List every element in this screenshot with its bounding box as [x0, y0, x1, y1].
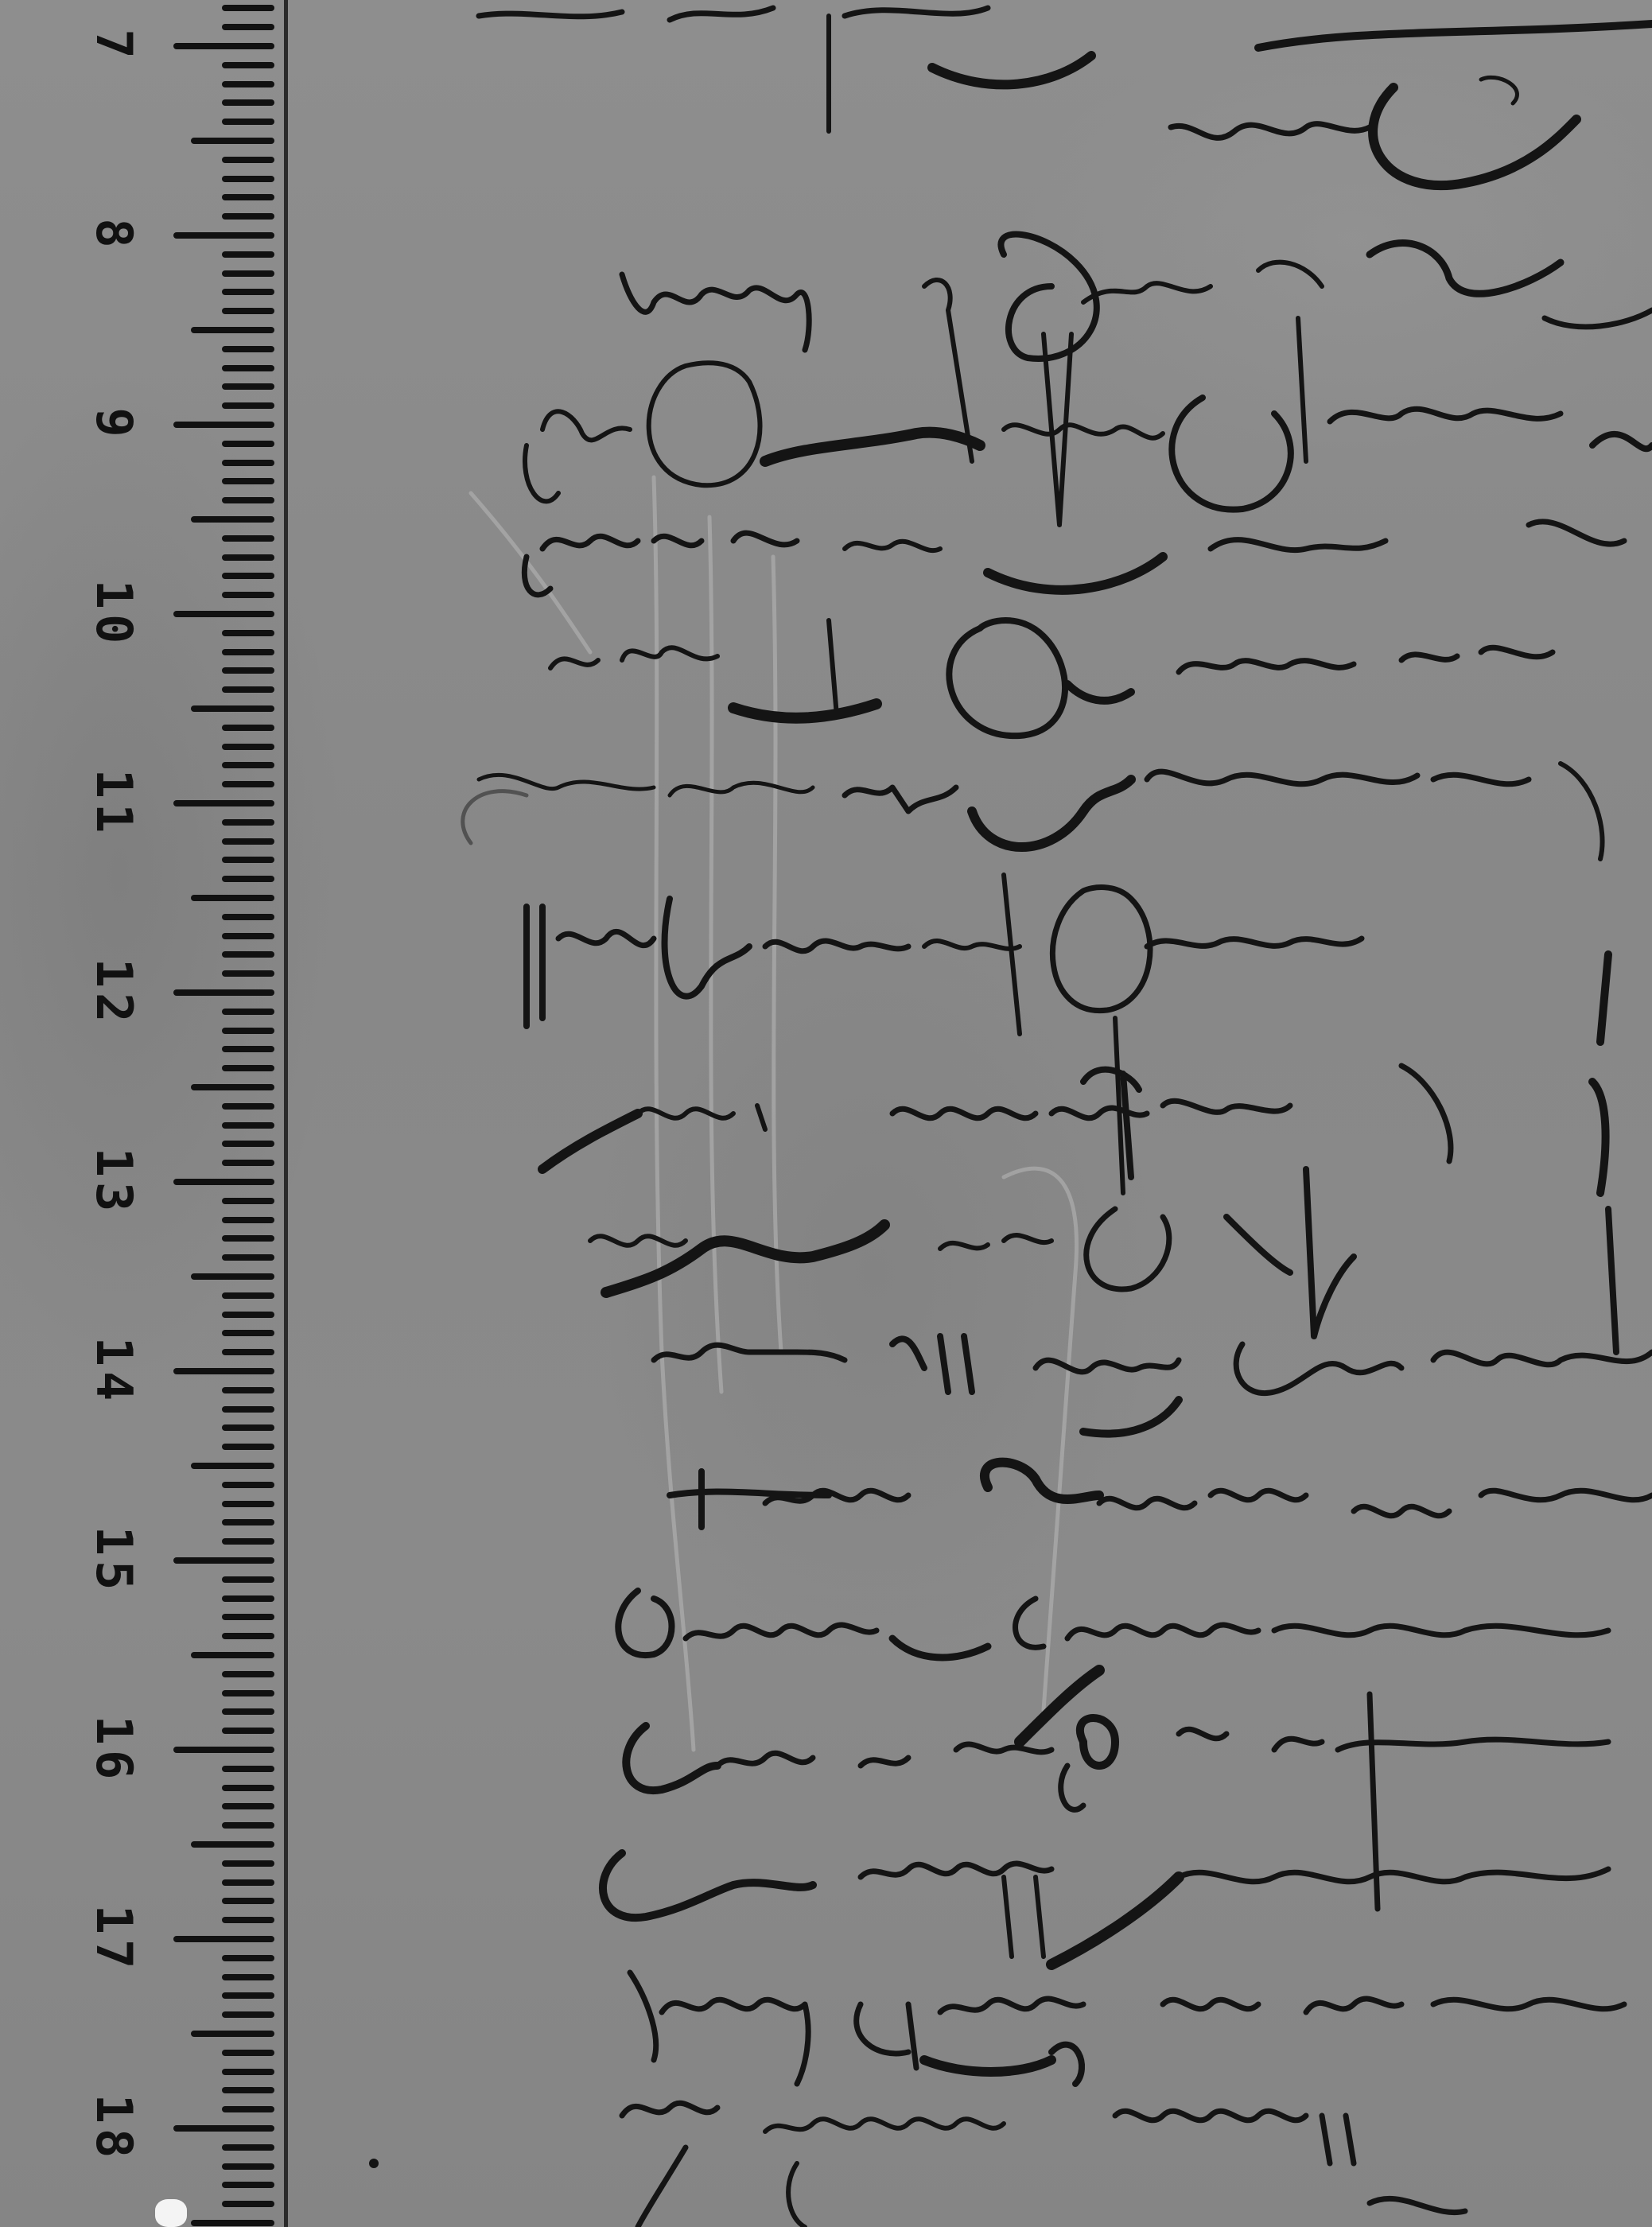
ruler-mm-tick — [222, 933, 274, 939]
ruler-label-11: 11 — [90, 760, 138, 847]
ruler-half-cm-tick — [191, 327, 274, 333]
ruler-mm-tick — [222, 1141, 274, 1147]
ruler-mm-tick — [222, 781, 274, 787]
ruler-mm-tick — [222, 460, 274, 466]
ruler-mm-tick — [222, 1122, 274, 1129]
ruler-mm-tick — [222, 744, 274, 750]
ruler-mm-tick — [222, 1633, 274, 1639]
ruler-cm-tick — [173, 1557, 274, 1564]
ruler-mm-tick — [222, 2144, 274, 2151]
ruler-mm-tick — [222, 1501, 274, 1507]
ruler-mm-tick — [222, 383, 274, 390]
ruler-half-cm-tick — [191, 1841, 274, 1848]
ruler-mm-tick — [222, 1708, 274, 1715]
ruler-mm-tick — [222, 1387, 274, 1393]
ruler-half-cm-tick — [191, 1084, 274, 1090]
ruler-mm-tick — [222, 630, 274, 636]
ruler-mm-tick — [222, 62, 274, 68]
ruler-mm-tick — [222, 1198, 274, 1204]
ruler-mm-tick — [222, 402, 274, 409]
ruler-mm-tick — [222, 5, 274, 11]
ruler-mm-tick — [222, 478, 274, 484]
ruler-half-cm-tick — [191, 2220, 274, 2226]
ruler-mm-tick — [222, 497, 274, 503]
ruler-label-17: 17 — [90, 1895, 138, 1983]
ruler-mm-tick — [222, 1803, 274, 1809]
ruler-mm-tick — [222, 554, 274, 561]
ruler-label-9: 9 — [90, 381, 138, 468]
ruler-mm-tick — [222, 667, 274, 674]
ruler-mm-tick — [222, 289, 274, 295]
ruler-mm-tick — [222, 308, 274, 314]
ruler-mm-tick — [222, 99, 274, 106]
ruler-half-cm-tick — [191, 895, 274, 901]
ruler-label-18: 18 — [90, 2085, 138, 2172]
ruler-mm-tick — [222, 1974, 274, 1980]
ruler-mm-tick — [222, 1538, 274, 1545]
ruler-mm-tick — [222, 876, 274, 882]
ruler-mm-tick — [222, 1217, 274, 1223]
ruler-cm-tick — [173, 1368, 274, 1374]
ruler-mm-tick — [222, 2106, 274, 2112]
ruler-label-13: 13 — [90, 1138, 138, 1226]
ruler-mm-tick — [222, 1766, 274, 1772]
ruler-label-7: 7 — [90, 2, 138, 90]
ruler-label-10: 10 — [90, 570, 138, 658]
measuring-ruler: 7 8 9 10 11 12 13 14 15 16 17 18 — [0, 0, 288, 2227]
ruler-mm-tick — [222, 1576, 274, 1583]
ruler-mm-tick — [222, 365, 274, 371]
ruler-mm-tick — [222, 649, 274, 655]
ruler-mm-tick — [222, 441, 274, 447]
ruler-half-cm-tick — [191, 1463, 274, 1469]
ruler-mm-tick — [222, 970, 274, 977]
handwriting-strokes — [288, 0, 1652, 2227]
ruler-mm-tick — [222, 1614, 274, 1620]
ruler-mm-tick — [222, 535, 274, 542]
ruler-mm-tick — [222, 119, 274, 125]
ruler-mm-tick — [222, 2050, 274, 2056]
ruler-half-cm-tick — [191, 138, 274, 144]
ruler-mm-tick — [222, 1992, 274, 1999]
ruler-mm-tick — [222, 2163, 274, 2170]
ruler-mm-tick — [222, 1822, 274, 1829]
ruler-mm-tick — [222, 1519, 274, 1525]
ruler-cm-tick — [173, 800, 274, 806]
ruler-mm-tick — [222, 1690, 274, 1696]
ruler-mm-tick — [222, 213, 274, 220]
ruler-mm-tick — [222, 1879, 274, 1886]
ruler-label-14: 14 — [90, 1327, 138, 1415]
ruler-half-cm-tick — [191, 1273, 274, 1280]
ruler-mm-tick — [222, 838, 274, 845]
ruler-mm-tick — [222, 1785, 274, 1791]
ruler-half-cm-tick — [191, 2031, 274, 2037]
ruler-mm-tick — [222, 1917, 274, 1923]
ruler-mm-tick — [222, 81, 274, 87]
ruler-mm-tick — [222, 1046, 274, 1052]
ruler-mm-tick — [222, 2011, 274, 2018]
ruler-mm-tick — [222, 346, 274, 352]
ruler-mm-tick — [222, 1254, 274, 1261]
ruler-cm-tick — [173, 2125, 274, 2132]
ruler-mm-tick — [222, 1860, 274, 1867]
ruler-mm-tick — [222, 176, 274, 182]
ruler-label-15: 15 — [90, 1517, 138, 1604]
ruler-mm-tick — [222, 1103, 274, 1110]
ruler-mm-tick — [222, 24, 274, 30]
ruler-mm-tick — [222, 1406, 274, 1413]
ruler-half-cm-tick — [191, 1652, 274, 1658]
ruler-mm-tick — [222, 1424, 274, 1431]
ruler-cm-tick — [173, 232, 274, 239]
ruler-mm-tick — [222, 573, 274, 579]
ruler-mm-tick — [222, 2069, 274, 2075]
ruler-mm-tick — [222, 762, 274, 768]
ruler-mm-tick — [222, 1349, 274, 1355]
ruler-mm-tick — [222, 1065, 274, 1071]
ruler-mm-tick — [222, 1955, 274, 1961]
ruler-mm-tick — [222, 2182, 274, 2188]
ruler-cm-tick — [173, 1179, 274, 1185]
ruler-half-cm-tick — [191, 516, 274, 523]
ruler-mm-tick — [222, 1235, 274, 1242]
ruler-half-cm-tick — [191, 705, 274, 712]
ruler-mm-tick — [222, 592, 274, 598]
ruler-mm-tick — [222, 1028, 274, 1034]
paper-glare-spot — [155, 2199, 187, 2227]
ruler-mm-tick — [222, 725, 274, 731]
ruler-mm-tick — [222, 270, 274, 277]
ruler-cm-tick — [173, 422, 274, 428]
ruler-mm-tick — [222, 157, 274, 163]
ruler-cm-tick — [173, 43, 274, 49]
ruler-cm-tick — [173, 611, 274, 617]
ruler-cm-tick — [173, 1936, 274, 1942]
ruler-label-12: 12 — [90, 949, 138, 1036]
ruler-mm-tick — [222, 2087, 274, 2093]
ruler-mm-tick — [222, 819, 274, 826]
ruler-label-8: 8 — [90, 192, 138, 279]
ruler-mm-tick — [222, 1671, 274, 1677]
ruler-mm-tick — [222, 1482, 274, 1488]
ruler-cm-tick — [173, 1747, 274, 1753]
ruler-mm-tick — [222, 1595, 274, 1602]
ruler-mm-tick — [222, 857, 274, 863]
ruler-mm-tick — [222, 1160, 274, 1166]
ruler-cm-tick — [173, 989, 274, 996]
ruler-mm-tick — [222, 1009, 274, 1015]
ruler-mm-tick — [222, 1330, 274, 1336]
ruler-mm-tick — [222, 914, 274, 920]
handwritten-manuscript — [288, 0, 1652, 2227]
ruler-mm-tick — [222, 1312, 274, 1318]
ruler-mm-tick — [222, 951, 274, 958]
ruler-mm-tick — [222, 194, 274, 200]
ruler-label-16: 16 — [90, 1706, 138, 1794]
ruler-mm-tick — [222, 1728, 274, 1734]
ruler-mm-tick — [222, 1292, 274, 1299]
ruler-mm-tick — [222, 2201, 274, 2207]
ruler-mm-tick — [222, 1898, 274, 1904]
ruler-mm-tick — [222, 686, 274, 693]
ruler-mm-tick — [222, 251, 274, 258]
ruler-mm-tick — [222, 1444, 274, 1450]
